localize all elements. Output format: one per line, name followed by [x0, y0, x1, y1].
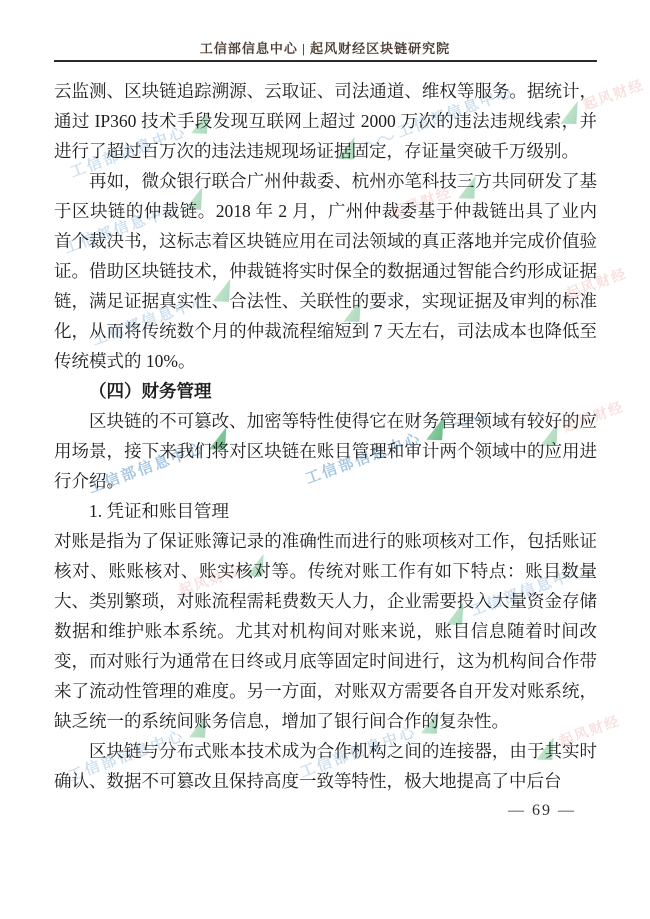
document-body: 云监测、区块链追踪溯源、云取证、司法通道、维权等服务。据统计，通过 IP360 … [54, 76, 597, 796]
page-number: — 69 — [508, 802, 576, 820]
page-header-title: 工信部信息中心 | 起风财经区块链研究院 [0, 38, 650, 57]
section-heading: （四）财务管理 [54, 376, 597, 406]
paragraph: 再如，微众银行联合广州仲裁委、杭州亦笔科技三方共同研发了基于区块链的仲裁链。20… [54, 166, 597, 376]
header-divider [54, 60, 597, 62]
document-page: 工信部信息中心 工信部信息中心 起风财经 · · · · · · 工信部信息中心… [0, 0, 650, 919]
paragraph-continuation: 云监测、区块链追踪溯源、云取证、司法通道、维权等服务。据统计，通过 IP360 … [54, 76, 597, 166]
subsection-heading: 1. 凭证和账目管理 [54, 496, 597, 526]
paragraph: 区块链的不可篡改、加密等特性使得它在财务管理领域有较好的应用场景，接下来我们将对… [54, 406, 597, 496]
paragraph: 区块链与分布式账本技术成为合作机构之间的连接器，由于其实时确认、数据不可篡改且保… [54, 736, 597, 796]
paragraph: 对账是指为了保证账簿记录的准确性而进行的账项核对工作，包括账证核对、账账核对、账… [54, 526, 597, 736]
